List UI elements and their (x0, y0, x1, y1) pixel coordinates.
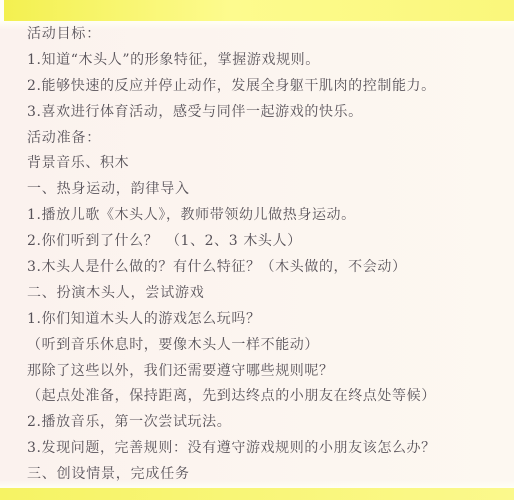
text-line: 1.播放儿歌《木头人》，教师带领幼儿做热身运动。 (27, 203, 506, 229)
text-line: 2.你们听到了什么？ （1、2、3 木头人） (27, 229, 506, 255)
section-heading: 二、扮演木头人，尝试游戏 (27, 281, 506, 307)
text-line: 背景音乐、积木 (27, 151, 506, 177)
document-page: 活动目标： 1.知道“木头人”的形象特征，掌握游戏规则。 2.能够快速的反应并停… (0, 0, 514, 500)
section-heading: 活动准备： (27, 126, 506, 152)
text-line: 2.播放音乐，第一次尝试玩法。 (27, 410, 506, 436)
text-line: （听到音乐休息时，要像木头人一样不能动） (27, 333, 506, 359)
section-heading: 一、热身运动，韵律导入 (27, 177, 506, 203)
text-line: 3.喜欢进行体育活动，感受与同伴一起游戏的快乐。 (27, 100, 506, 126)
text-line: 1.知道“木头人”的形象特征，掌握游戏规则。 (27, 48, 506, 74)
section-heading: 活动目标： (27, 22, 506, 48)
section-heading: 三、创设情景，完成任务 (27, 462, 506, 488)
top-divider-bar (0, 0, 514, 21)
text-line: （起点处准备，保持距离，先到达终点的小朋友在终点处等候） (27, 384, 506, 410)
bottom-divider-bar (0, 488, 514, 500)
document-body: 活动目标： 1.知道“木头人”的形象特征，掌握游戏规则。 2.能够快速的反应并停… (27, 22, 506, 488)
text-line: 3.木头人是什么做的？有什么特征？（木头做的，不会动） (27, 255, 506, 281)
text-line: 1.你们知道木头人的游戏怎么玩吗？ (27, 307, 506, 333)
text-line: 3.发现问题，完善规则：没有遵守游戏规则的小朋友该怎么办？ (27, 436, 506, 462)
text-line: 2.能够快速的反应并停止动作，发展全身躯干肌肉的控制能力。 (27, 74, 506, 100)
text-line: 那除了这些以外，我们还需要遵守哪些规则呢？ (27, 359, 506, 385)
top-bar-left-notch (0, 0, 4, 21)
